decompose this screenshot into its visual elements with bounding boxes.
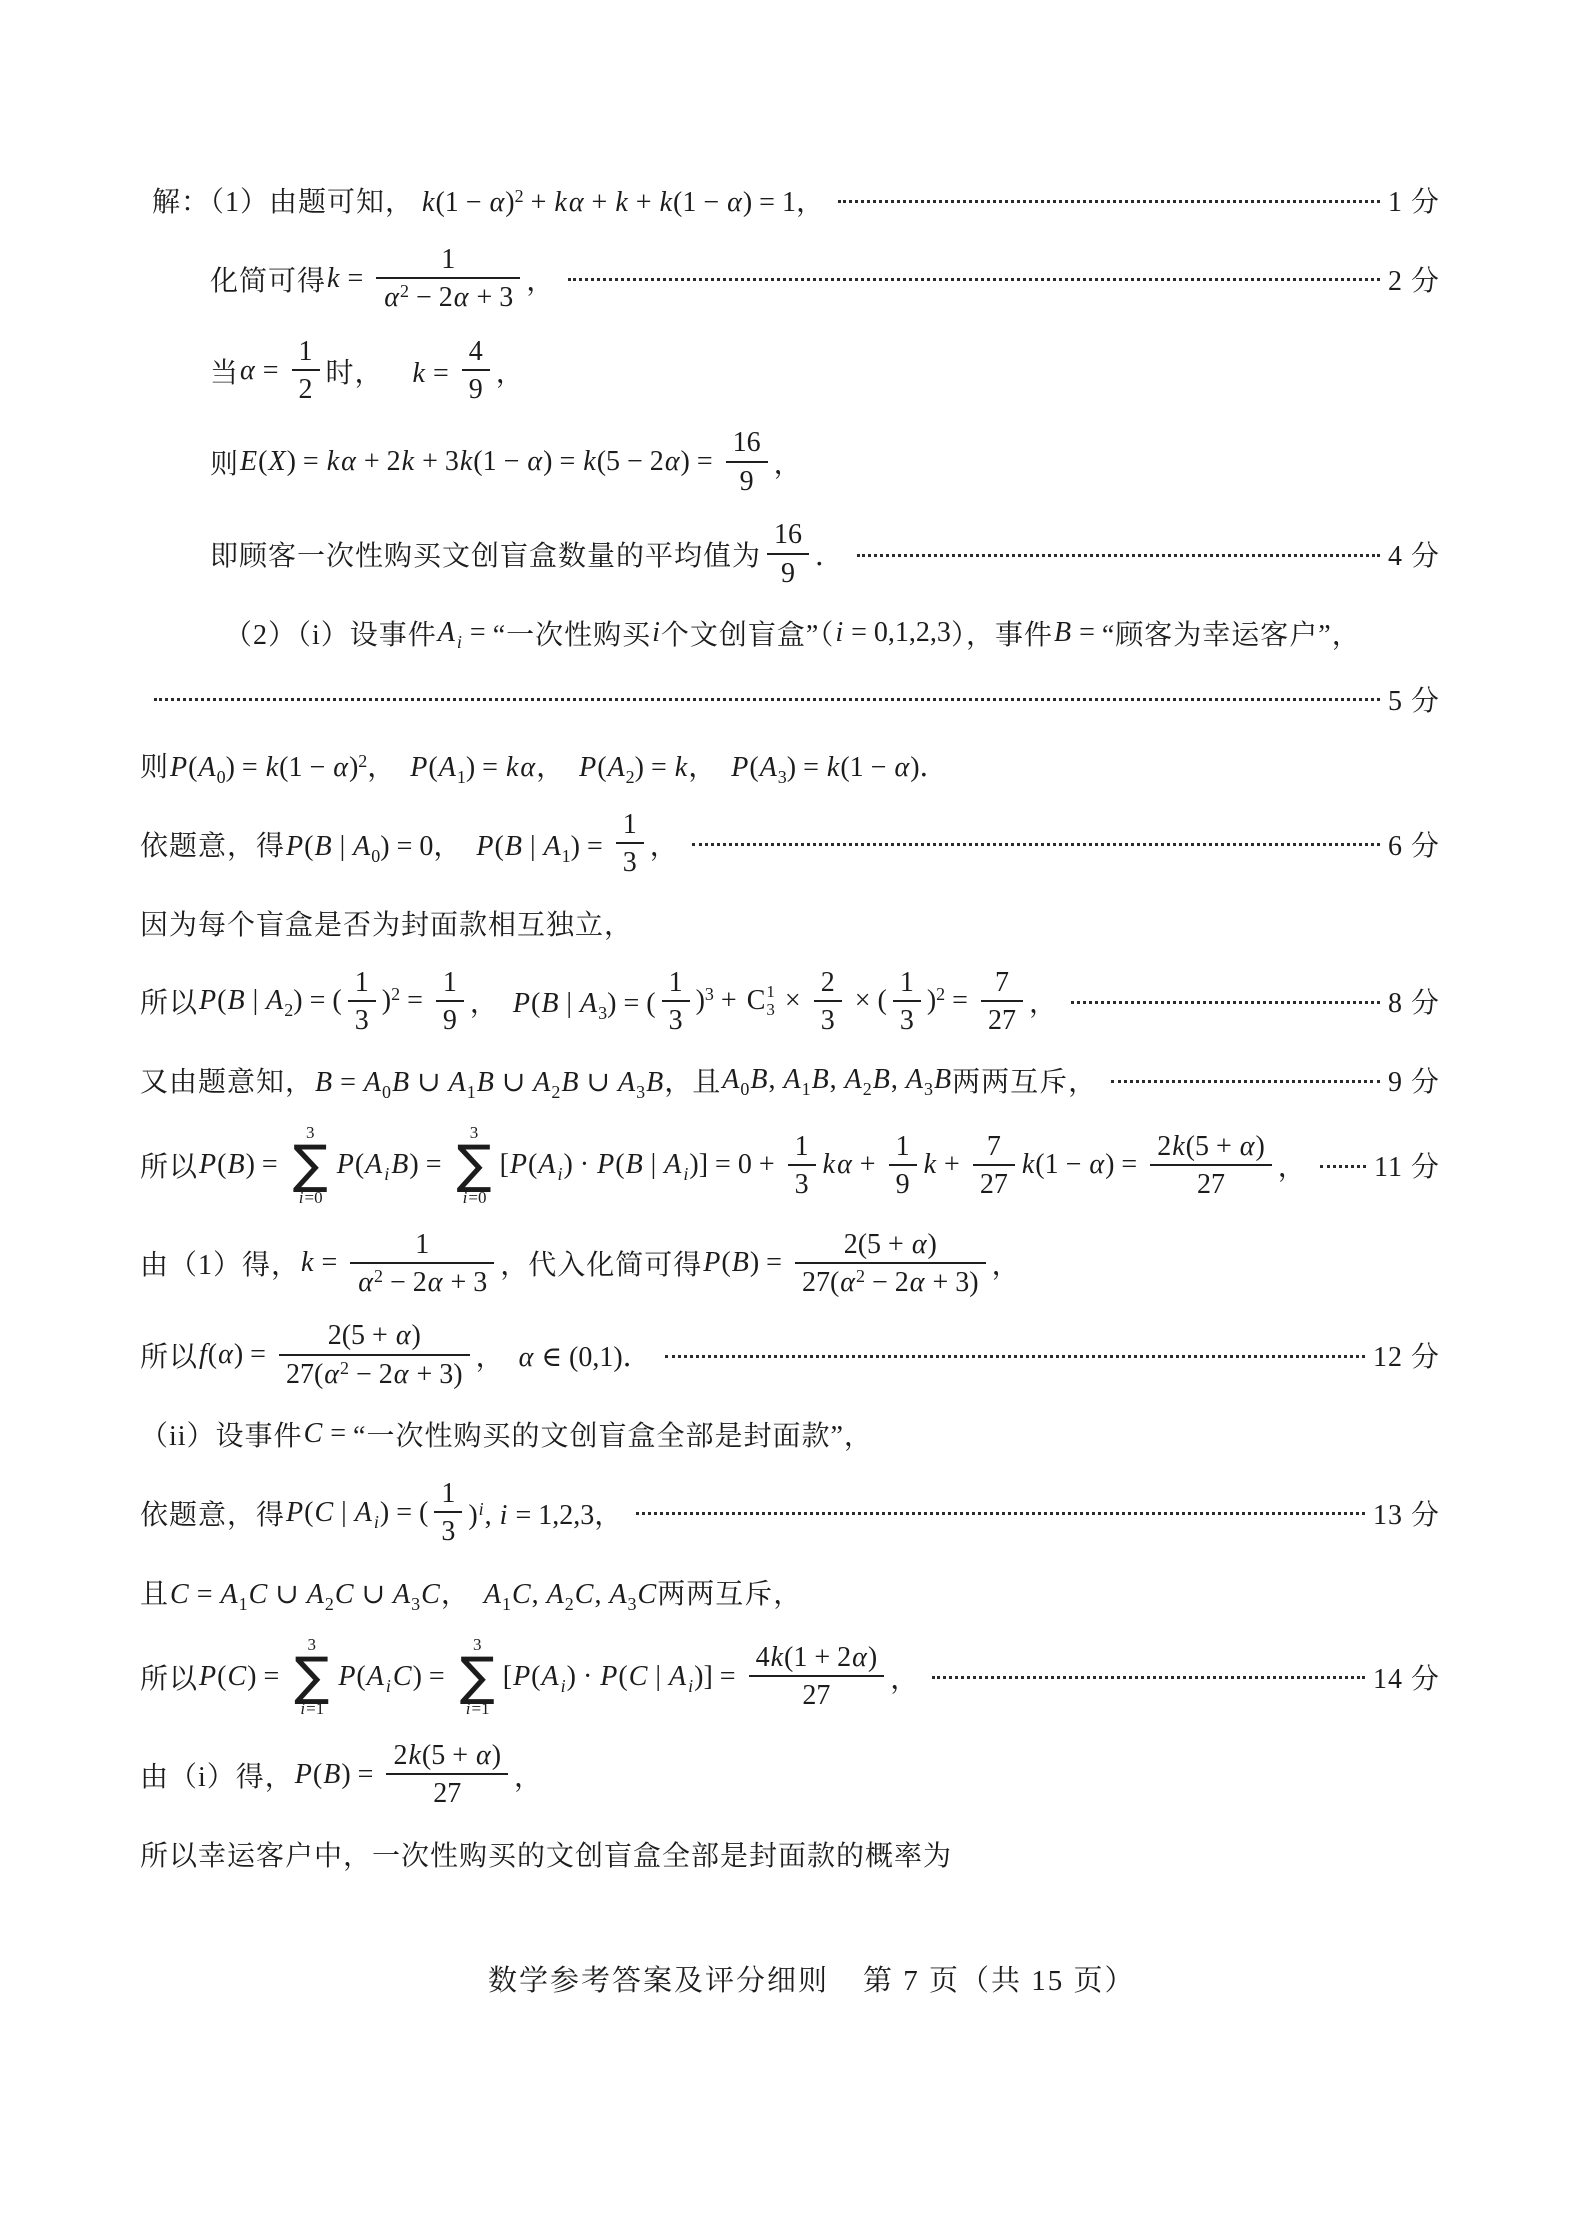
- score-label: 14 分: [1373, 1657, 1440, 1697]
- math-run: ，: [774, 442, 802, 482]
- solution-line: 5 分: [140, 677, 1440, 721]
- text-run: 当: [210, 351, 239, 391]
- fraction-numerator: 1: [408, 1229, 436, 1262]
- text-run: 即顾客一次性购买文创盲盒数量的平均值为: [210, 534, 761, 574]
- solution-line: 则E(X) = kα + 2k + 3k(1 − α) = k(5 − 2α) …: [140, 427, 1440, 497]
- fraction: 727: [973, 1131, 1015, 1201]
- score-label: 11 分: [1374, 1145, 1440, 1185]
- summation: 3∑i=0: [457, 1124, 492, 1206]
- fraction-denominator: 9: [774, 555, 802, 589]
- summation: 3∑i=1: [460, 1636, 495, 1718]
- fraction-numerator: 16: [726, 427, 768, 460]
- solution-line: 依题意，得P(C | Ai) = (13)i, i = 1,2,3，13 分: [140, 1478, 1440, 1548]
- text-run: 所以幸运客户中，一次性购买的文创盲盒全部是封面款的概率为: [140, 1834, 952, 1874]
- sigma-icon: ∑: [294, 1654, 329, 1701]
- fraction-numerator: 1: [292, 336, 320, 369]
- fraction-numerator: 2k(5 + α): [386, 1740, 508, 1773]
- text-run: 依题意，得: [140, 824, 285, 864]
- fraction: 2k(5 + α)27: [386, 1740, 508, 1810]
- math-run: P(B | A2) = (: [198, 985, 342, 1017]
- fraction-denominator: 27: [973, 1166, 1015, 1200]
- math-run: × (: [848, 985, 887, 1017]
- text-run: 又由题意知，: [140, 1060, 314, 1100]
- fraction: 13: [434, 1478, 462, 1548]
- fraction-denominator: 27: [981, 1002, 1023, 1036]
- page-footer: 数学参考答案及评分细则第 7 页（共 15 页）: [488, 1958, 1136, 1999]
- fraction-denominator: 27: [795, 1677, 837, 1711]
- fraction-numerator: 4k(1 + 2α): [749, 1642, 885, 1675]
- math-run: )2 =: [382, 985, 430, 1017]
- fraction-numerator: 1: [788, 1131, 816, 1164]
- text-run: 则: [210, 442, 239, 482]
- fraction-denominator: α2 − 2α + 3: [376, 279, 520, 313]
- solution-lines: 解：（1）由题可知， k(1 − α)2 + kα + k + k(1 − α)…: [140, 178, 1440, 1898]
- fraction-numerator: 1: [893, 967, 921, 1000]
- fraction-numerator: 1: [616, 809, 644, 842]
- score-label: 4 分: [1388, 534, 1440, 574]
- math-run: i: [651, 617, 661, 649]
- fraction: 1α2 − 2α + 3: [350, 1229, 494, 1299]
- solution-line: 又由题意知，B = A0B ∪ A1B ∪ A2B ∪ A3B，且A0B, A1…: [140, 1058, 1440, 1102]
- sigma-icon: ∑: [460, 1654, 495, 1701]
- text-run: 所以: [140, 1335, 198, 1375]
- combination-subscript: 3: [766, 1001, 775, 1020]
- fraction: 13: [788, 1131, 816, 1201]
- solution-line: 化简可得k = 1α2 − 2α + 3，2 分: [140, 244, 1440, 314]
- solution-line: 解：（1）由题可知， k(1 − α)2 + kα + k + k(1 − α)…: [140, 178, 1440, 222]
- fraction-numerator: 16: [767, 519, 809, 552]
- math-run: ，: [890, 1657, 918, 1697]
- fraction-denominator: 9: [733, 463, 761, 497]
- fraction-denominator: 3: [893, 1002, 921, 1036]
- score-label: 9 分: [1388, 1060, 1440, 1100]
- score-label: 13 分: [1373, 1493, 1440, 1533]
- solution-line: 由（1）得，k = 1α2 − 2α + 3，代入化简可得P(B) = 2(5 …: [140, 1229, 1440, 1299]
- combination-scripts: 13: [766, 983, 775, 1020]
- solution-line: 依题意，得P(B | A0) = 0， P(B | A1) = 13，6 分: [140, 809, 1440, 879]
- fraction-denominator: 3: [616, 844, 644, 878]
- text-run: 代入化简可得: [528, 1243, 702, 1283]
- text-run: 且: [140, 1572, 169, 1612]
- fraction-denominator: 27(α2 − 2α + 3): [795, 1264, 986, 1298]
- fraction-denominator: 3: [814, 1002, 842, 1036]
- math-run: ，: [992, 1243, 1020, 1283]
- dots-leader: [1071, 989, 1380, 1004]
- text-run: 所以: [140, 1657, 198, 1697]
- solution-line: 则P(A0) = k(1 − α)2， P(A1) = kα， P(A2) = …: [140, 743, 1440, 787]
- fraction-numerator: 7: [980, 1131, 1008, 1164]
- math-run: f(α) =: [198, 1339, 273, 1371]
- text-run: 解：（1）由题可知，: [152, 180, 414, 220]
- fraction-numerator: 7: [988, 967, 1016, 1000]
- fraction-denominator: 2: [292, 371, 320, 405]
- math-run: ，: [514, 1755, 542, 1795]
- solution-line: 因为每个盲盒是否为封面款相互独立，: [140, 901, 1440, 945]
- text-run: “一次性购买的文创盲盒全部是封面款”，: [353, 1414, 873, 1454]
- math-run: α =: [239, 355, 286, 387]
- math-run: P(B) =: [294, 1759, 381, 1791]
- score-label: 12 分: [1373, 1335, 1440, 1375]
- fraction-numerator: 1: [436, 967, 464, 1000]
- text-run: 所以: [140, 1145, 198, 1185]
- math-run: kα +: [822, 1149, 883, 1181]
- fraction: 23: [814, 967, 842, 1037]
- text-run: 依题意，得: [140, 1493, 285, 1533]
- solution-line: 由（i）得，P(B) = 2k(5 + α)27，: [140, 1740, 1440, 1810]
- fraction-denominator: 9: [436, 1002, 464, 1036]
- score-label: 6 分: [1388, 824, 1440, 864]
- text-run: 因为每个盲盒是否为封面款相互独立，: [140, 903, 633, 943]
- math-run: Ai =: [437, 617, 493, 649]
- solution-line: （ii）设事件C = “一次性购买的文创盲盒全部是封面款”，: [140, 1412, 1440, 1456]
- fraction-denominator: 27: [426, 1775, 468, 1809]
- fraction-numerator: 1: [348, 967, 376, 1000]
- solution-line: 所以P(C) = 3∑i=1P(AiC) = 3∑i=1[P(Ai) · P(C…: [140, 1636, 1440, 1718]
- sum-lower-limit: i=0: [462, 1189, 487, 1207]
- math-run: P(A0) = k(1 − α)2， P(A1) = kα， P(A2) = k…: [169, 745, 948, 785]
- fraction-numerator: 2(5 + α): [837, 1229, 944, 1262]
- math-run: ，: [1029, 981, 1057, 1021]
- solution-line: 所以P(B) = 3∑i=0P(AiB) = 3∑i=0[P(Ai) · P(B…: [140, 1124, 1440, 1206]
- combination-base: C: [747, 985, 766, 1017]
- math-run: B = A0B ∪ A1B ∪ A2B ∪ A3B，: [314, 1060, 692, 1100]
- fraction: 4k(1 + 2α)27: [749, 1642, 885, 1712]
- summation: 3∑i=0: [293, 1124, 328, 1206]
- fraction-denominator: 27: [1190, 1166, 1232, 1200]
- math-run: ，: [526, 259, 554, 299]
- dots-leader: [568, 266, 1380, 281]
- math-run: C =: [303, 1418, 353, 1450]
- math-run: k(1 − α)2 + kα + k + k(1 − α) = 1，: [414, 180, 824, 220]
- dots-leader: [636, 1500, 1365, 1515]
- math-run: P(AiB) =: [336, 1149, 449, 1181]
- combination-superscript: 1: [766, 983, 775, 1002]
- fraction-denominator: 3: [348, 1002, 376, 1036]
- math-run: k +: [923, 1149, 967, 1181]
- math-run: [P(Ai) · P(C | Ai)] =: [503, 1661, 743, 1693]
- fraction-numerator: 1: [434, 1478, 462, 1511]
- math-run: ，: [500, 1243, 528, 1283]
- dots-leader: [857, 542, 1380, 557]
- fraction: 12: [292, 336, 320, 406]
- fraction: 49: [462, 336, 490, 406]
- dots-leader: [838, 188, 1380, 203]
- footer-title: 数学参考答案及评分细则: [488, 1965, 829, 1997]
- score-label: 8 分: [1388, 981, 1440, 1021]
- text-run: （ii）设事件: [140, 1414, 303, 1454]
- dots-leader: [1320, 1153, 1366, 1168]
- text-run: 所以: [140, 981, 198, 1021]
- math-run: ，: [650, 824, 678, 864]
- sum-lower-limit: i=1: [299, 1700, 324, 1718]
- fraction-numerator: 2k(5 + α): [1150, 1131, 1272, 1164]
- fraction-numerator: 1: [889, 1131, 917, 1164]
- solution-line: 且C = A1C ∪ A2C ∪ A3C， A1C, A2C, A3C两两互斥，: [140, 1570, 1440, 1614]
- math-run: P(B | A0) = 0， P(B | A1) =: [285, 824, 610, 864]
- fraction: 727: [981, 967, 1023, 1037]
- fraction-numerator: 2: [814, 967, 842, 1000]
- math-run: k =: [384, 351, 456, 391]
- text-run: 则: [140, 745, 169, 785]
- fraction: 1α2 − 2α + 3: [376, 244, 520, 314]
- math-run: E(X) = kα + 2k + 3k(1 − α) = k(5 − 2α) =: [239, 446, 720, 478]
- fraction: 13: [893, 967, 921, 1037]
- text-run: ），事件: [951, 613, 1053, 653]
- fraction: 169: [726, 427, 768, 497]
- fraction: 19: [889, 1131, 917, 1201]
- math-run: k =: [300, 1247, 344, 1279]
- math-run: ， α ∈ (0,1)．: [476, 1335, 651, 1375]
- summation: 3∑i=1: [294, 1636, 329, 1718]
- fraction: 169: [767, 519, 809, 589]
- text-run: 且: [692, 1060, 721, 1100]
- math-run: P(B) =: [702, 1247, 789, 1279]
- fraction-denominator: 3: [434, 1513, 462, 1547]
- math-run: ×: [778, 985, 808, 1017]
- math-run: P(B) =: [198, 1149, 285, 1181]
- math-run: i = 0,1,2,3: [834, 617, 951, 649]
- dots-leader: [932, 1664, 1365, 1679]
- text-run: 由（1）得，: [140, 1243, 300, 1283]
- solution-line: 当α = 12时， k = 49，: [140, 336, 1440, 406]
- math-run: ， P(B | A3) = (: [470, 981, 656, 1021]
- sum-lower-limit: i=1: [465, 1700, 490, 1718]
- sum-lower-limit: i=0: [298, 1189, 323, 1207]
- math-run: P(AiC) =: [337, 1661, 451, 1693]
- fraction-numerator: 1: [434, 244, 462, 277]
- math-run: A0B, A1B, A2B, A3B: [721, 1064, 952, 1096]
- math-run: )i, i = 1,2,3，: [468, 1493, 622, 1533]
- solution-line: 所以P(B | A2) = (13)2 = 19， P(B | A3) = (1…: [140, 967, 1440, 1037]
- fraction-denominator: 3: [662, 1002, 690, 1036]
- text-run: 由（i）得，: [140, 1755, 294, 1795]
- dots-leader: [1111, 1068, 1380, 1083]
- fraction: 19: [436, 967, 464, 1037]
- math-run: ，: [496, 351, 524, 391]
- fraction: 2(5 + α)27(α2 − 2α + 3): [279, 1320, 470, 1390]
- fraction-numerator: 4: [462, 336, 490, 369]
- fraction-denominator: 9: [889, 1166, 917, 1200]
- fraction: 2(5 + α)27(α2 − 2α + 3): [795, 1229, 986, 1299]
- math-run: P(C | Ai) = (: [285, 1497, 428, 1529]
- math-run: P(C) =: [198, 1661, 286, 1693]
- text-run: 个文创盲盒”（: [661, 613, 834, 653]
- sigma-icon: ∑: [293, 1142, 328, 1189]
- solution-line: 即顾客一次性购买文创盲盒数量的平均值为169．4 分: [140, 519, 1440, 589]
- text-run: “顾客为幸运客户”，: [1102, 613, 1361, 653]
- combination-symbol: C13: [747, 983, 775, 1020]
- exam-answer-page: 解：（1）由题可知， k(1 − α)2 + kα + k + k(1 − α)…: [0, 0, 1584, 2240]
- solution-line: 所以幸运客户中，一次性购买的文创盲盒全部是封面款的概率为: [140, 1832, 1440, 1876]
- fraction: 2k(5 + α)27: [1150, 1131, 1272, 1201]
- solution-line: 所以f(α) = 2(5 + α)27(α2 − 2α + 3)， α ∈ (0…: [140, 1320, 1440, 1390]
- math-run: C = A1C ∪ A2C ∪ A3C， A1C, A2C, A3C: [169, 1572, 657, 1612]
- text-run: 两两互斥，: [657, 1572, 802, 1612]
- dots-leader: [665, 1343, 1365, 1358]
- score-label: 2 分: [1388, 259, 1440, 299]
- score-label: 1 分: [1388, 180, 1440, 220]
- math-run: B =: [1053, 617, 1102, 649]
- fraction: 13: [348, 967, 376, 1037]
- math-run: )3 +: [696, 985, 744, 1017]
- math-run: [P(Ai) · P(B | Ai)] = 0 +: [500, 1149, 782, 1181]
- text-run: “一次性购买: [493, 613, 651, 653]
- solution-line: （2）（i）设事件Ai = “一次性购买i个文创盲盒”（i = 0,1,2,3）…: [140, 611, 1440, 655]
- sigma-icon: ∑: [457, 1142, 492, 1189]
- text-run: 两两互斥，: [952, 1060, 1097, 1100]
- fraction: 13: [662, 967, 690, 1037]
- fraction: 13: [616, 809, 644, 879]
- text-run: （2）（i）设事件: [224, 613, 437, 653]
- fraction-denominator: 9: [462, 371, 490, 405]
- text-run: 时，: [326, 351, 384, 391]
- score-label: 5 分: [1388, 679, 1440, 719]
- math-run: k =: [326, 263, 370, 295]
- math-run: )2 =: [927, 985, 975, 1017]
- fraction-numerator: 2(5 + α): [321, 1320, 428, 1353]
- fraction-denominator: α2 − 2α + 3: [350, 1264, 494, 1298]
- math-run: ，: [1278, 1145, 1306, 1185]
- text-run: 化简可得: [210, 259, 326, 299]
- dots-leader: [692, 831, 1380, 846]
- fraction-numerator: 1: [662, 967, 690, 1000]
- fraction-denominator: 27(α2 − 2α + 3): [279, 1356, 470, 1390]
- dots-leader: [154, 686, 1380, 701]
- math-run: ．: [815, 534, 843, 574]
- math-run: k(1 − α) =: [1021, 1149, 1144, 1181]
- fraction-denominator: 3: [788, 1166, 816, 1200]
- footer-page-number: 第 7 页（共 15 页）: [863, 1965, 1136, 1997]
